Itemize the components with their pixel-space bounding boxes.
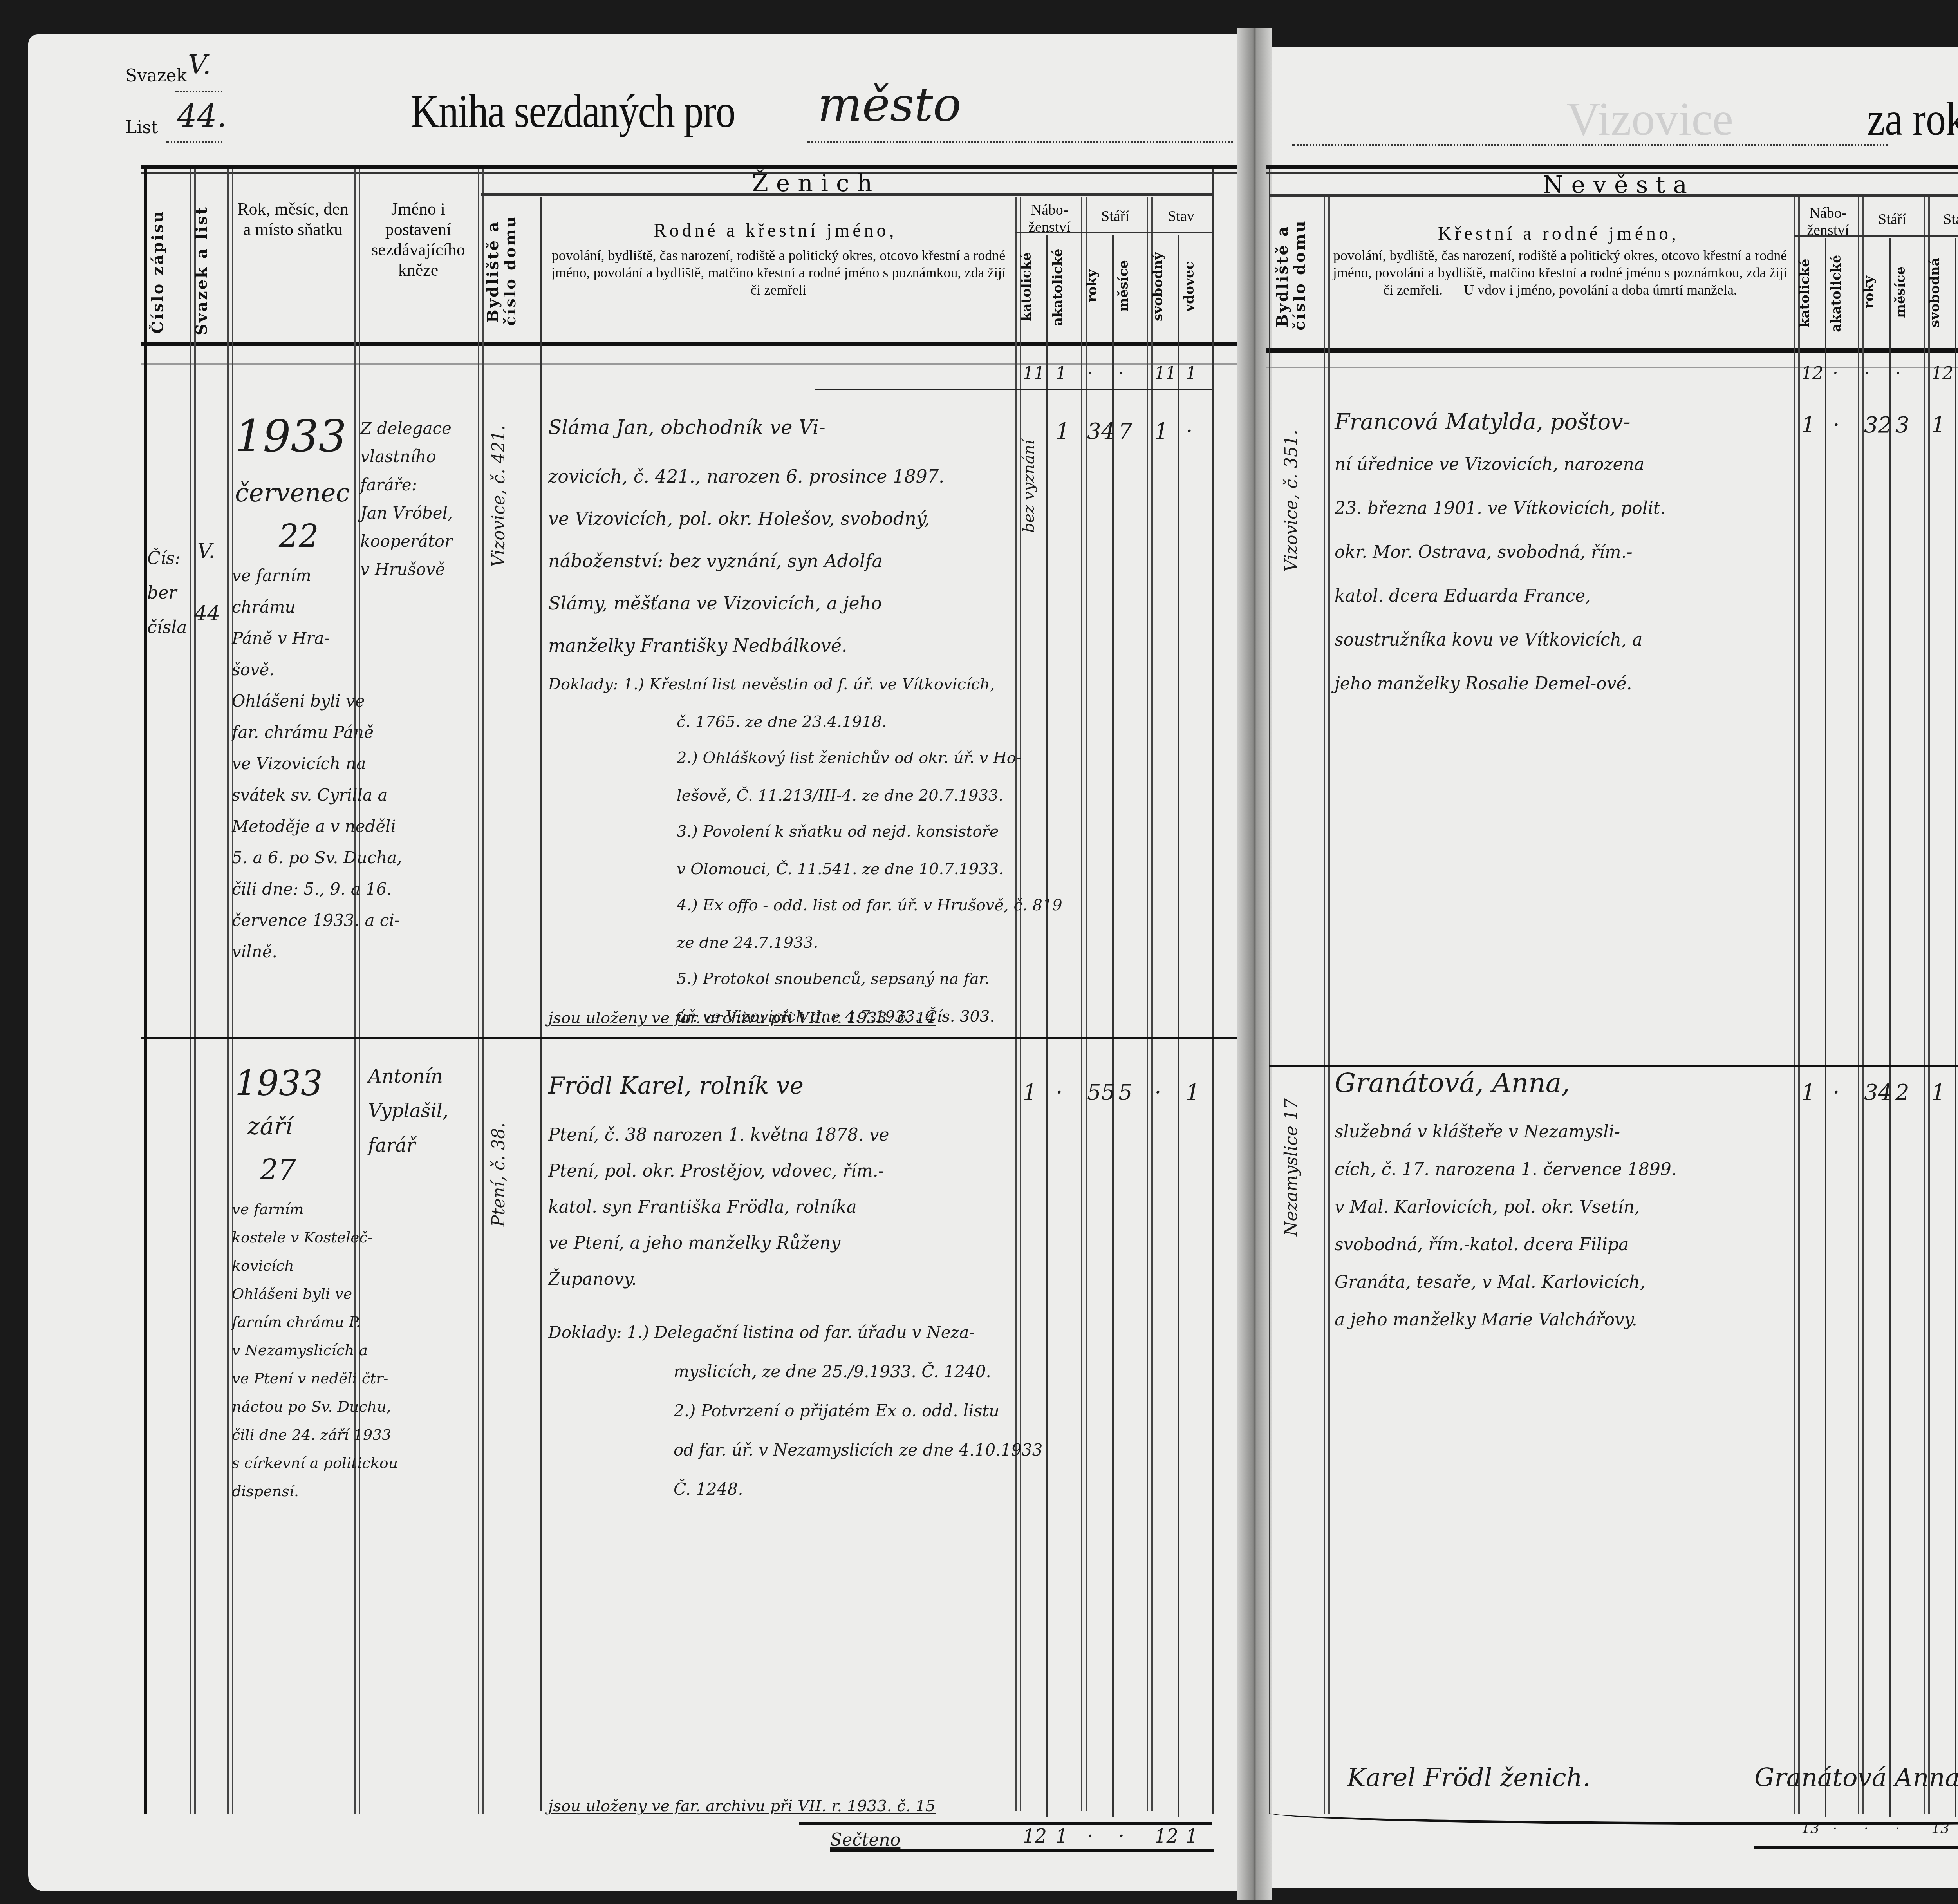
entry2-bride-katolicke: 1 [1801, 1081, 1815, 1106]
entry1-groom-residence: Vizovice, č. 421. [489, 410, 509, 583]
svazek-value: V. [188, 50, 211, 81]
entry1-bride-line: okr. Mor. Ostrava, svobodná, řím.- [1335, 542, 1633, 562]
entry1-doklady-line: v Olomouci, Č. 11.541. ze dne 10.7.1933. [677, 861, 1004, 878]
entry2-priest: Vyplašil, [368, 1100, 448, 1122]
col-rok-mesic: Rok, měsíc, den a místo sňatku [235, 201, 351, 241]
entry2-groom-line: ve Ptení, a jeho manželky Růženy [548, 1233, 840, 1253]
bride-carry-svobodna: 12 [1931, 363, 1953, 384]
entry1-place-line: července 1933. a ci- [232, 912, 400, 931]
entry2-place-line: farním chrámu P. [232, 1315, 361, 1332]
col-groom-katolicke: katolické [1020, 238, 1045, 335]
entry2-groom-residence: Ptení, č. 38. [489, 1081, 509, 1269]
col-svazek-list: Svazek a list [194, 204, 226, 338]
entry1-bride-line: 23. března 1901. ve Vítkovicích, polit. [1335, 498, 1666, 519]
entry2-groom-mesice: 5 [1118, 1081, 1133, 1106]
entry1-place-line: ve Vizovicích na [232, 755, 366, 774]
groom-carry-vdovec: 1 [1186, 363, 1197, 384]
entry2-year: 1933 [235, 1065, 323, 1105]
bride-carry-katolicke: 12 [1801, 363, 1823, 384]
entry1-month: červenec [235, 478, 350, 508]
totals-groom-katolicke: 12 [1023, 1825, 1047, 1847]
groom-carry-roky: · [1087, 363, 1093, 384]
entry1-bride-line: Francová Matylda, poštov- [1335, 410, 1631, 436]
entry2-place-line: náctou po Sv. Duchu, [232, 1399, 391, 1416]
entry2-groom-svobodny: · [1154, 1081, 1161, 1106]
entry1-place-line: vilně. [232, 943, 277, 962]
entry1-place-line: 5. a 6. po Sv. Ducha, [232, 849, 402, 868]
col-groom-stav: Stav [1150, 210, 1212, 227]
entry1-doklady-line: ze dne 24.7.1933. [677, 935, 818, 952]
entry2-place-line: s církevní a politickou [232, 1456, 398, 1473]
groom-carry-svobodny: 11 [1154, 363, 1176, 384]
totals-groom-roky: · [1087, 1825, 1093, 1847]
entry1-groom-line: zovicích, č. 421., narozen 6. prosince 1… [548, 465, 945, 487]
entry2-priest: Antonín [368, 1065, 443, 1087]
entry1-place-line: čili dne: 5., 9. a 16. [232, 881, 392, 899]
entry1-bride-line: soustružníka kovu ve Vítkovicích, a [1335, 630, 1642, 650]
entry1-groom-line: Sláma Jan, obchodník ve Vi- [548, 415, 825, 439]
entry1-note: ber [147, 583, 177, 603]
entry2-place-line: čili dne 24. září 1933 [232, 1427, 392, 1445]
section-nevesta: Nevěsta [1543, 171, 1695, 199]
entry2-place-line: kostele v Kosteleč- [232, 1230, 373, 1247]
entry2-bride-line: Granátová, Anna, [1335, 1069, 1570, 1100]
entry2-doklady-line: Doklady: 1.) Delegační listina od far. ú… [548, 1324, 975, 1343]
bride-carry-mesice: · [1895, 363, 1901, 384]
totals-groom-svobodny: 12 [1154, 1825, 1178, 1847]
entry1-doklady-line: 3.) Povolení k sňatku od nejd. konsistoř… [677, 824, 999, 841]
col-groom-akatolicke: akatolické [1051, 238, 1076, 335]
entry1-doklady-line: 5.) Protokol snoubenců, sepsaný na far. [677, 971, 990, 989]
col-groom-bydliste: Bydliště a číslo domu [486, 204, 536, 338]
entry2-groom-line: Županovy. [548, 1269, 637, 1289]
entry2-bride-line: v Mal. Karlovicích, pol. okr. Vsetín, [1335, 1197, 1640, 1217]
entry2-groom-line: Ptení, pol. okr. Prostějov, vdovec, řím.… [548, 1161, 884, 1181]
col-bride-nabozenstvi: Nábo-ženství [1797, 207, 1859, 241]
entry2-groom-line: katol. syn Františka Frödla, rolníka [548, 1197, 857, 1217]
entry2-priest: farář [368, 1134, 415, 1156]
col-groom-roky: roky [1086, 238, 1111, 335]
entry1-list: 44 [194, 603, 220, 627]
bride-carry-roky: · [1864, 363, 1869, 384]
col-bride-stari: Stáří [1861, 213, 1924, 230]
entry1-priest: kooperátor [360, 533, 452, 551]
entry2-bride-svobodna: 1 [1931, 1081, 1945, 1106]
entry1-groom-line: ve Vizovicích, pol. okr. Holešov, svobod… [548, 508, 930, 530]
col-jmeno-knez: Jméno i postavení sezdávajícího kněze [360, 201, 476, 282]
entry1-day: 22 [279, 517, 319, 555]
entry1-groom-religion-note: bez vyznání [1021, 420, 1039, 553]
entry2-bride-line: a jeho manželky Marie Valchářovy. [1335, 1310, 1637, 1330]
entry2-place-line: Ohlášeni byli ve [232, 1286, 352, 1304]
entry1-bride-akatolicke: · [1833, 414, 1840, 439]
entry2-groom-akatolicke: · [1056, 1081, 1063, 1106]
totals-groom-akatolicke: 1 [1056, 1825, 1068, 1847]
entry2-doklady-line: od far. úř. v Nezamyslicích ze dne 4.10.… [674, 1441, 1042, 1460]
totals-groom-mesice: · [1118, 1825, 1124, 1847]
entry1-doklady-line: Doklady: 1.) Křestní list nevěstin od f.… [548, 677, 995, 694]
entry1-note: Čís: [147, 548, 181, 569]
col-cislo-zapisu: Číslo zápisu [150, 204, 185, 338]
bride-signature: Granátová Anna nevěsta [1754, 1763, 1958, 1792]
entry1-priest: vlastního [360, 448, 436, 467]
entry1-place-line: svátek sv. Cyrilla a [232, 787, 388, 805]
entry1-bride-svobodna: 1 [1931, 414, 1945, 439]
entry1-bride-line: ní úřednice ve Vizovicích, narozena [1335, 454, 1644, 475]
svazek-label: Svazek [125, 66, 187, 86]
col-bride-name-title: Křestní a rodné jméno, [1378, 222, 1739, 246]
entry2-doklady-line: Č. 1248. [674, 1481, 743, 1499]
entry1-svazek: V. [197, 541, 215, 564]
entry1-groom-archive: jsou uloženy ve far. archivu při VII. r.… [548, 1011, 936, 1028]
groom-carry-akatolicke: 1 [1056, 363, 1067, 384]
entry2-bride-line: cích, č. 17. narozena 1. července 1899. [1335, 1159, 1677, 1180]
entry2-day: 27 [260, 1155, 296, 1188]
col-bride-mesice: měsíce [1894, 244, 1919, 342]
col-groom-mesice: měsíce [1117, 238, 1142, 335]
entry1-bride-mesice: 3 [1895, 414, 1909, 439]
col-groom-vdovec: vdovec [1183, 238, 1208, 335]
entry2-place-line: kovicích [232, 1258, 294, 1275]
groom-carry-mesice: · [1118, 363, 1124, 384]
entry2-groom-line: Ptení, č. 38 narozen 1. května 1878. ve [548, 1125, 889, 1145]
col-bride-bydliste: Bydliště a číslo domu [1275, 207, 1322, 345]
entry1-bride-line: jeho manželky Rosalie Demel-ové. [1335, 674, 1632, 694]
col-bride-akatolicke: akatolické [1830, 244, 1855, 342]
entry1-doklady-line: 4.) Ex offo - odd. list od far. úř. v Hr… [677, 898, 1062, 915]
entry2-place-line: v Nezamyslicích a [232, 1343, 368, 1360]
entry1-year: 1933 [235, 410, 347, 462]
entry1-priest: Z delegace [360, 420, 452, 439]
entry1-groom-line: náboženství: bez vyznání, syn Adolfa [548, 550, 883, 572]
register-locality: město [818, 78, 961, 133]
entry2-bride-line: služebná v klášteře v Nezamysli- [1335, 1122, 1620, 1142]
entry1-note: čísla [147, 617, 187, 638]
entry1-priest: Jan Vróbel, [360, 504, 453, 523]
col-bride-stav: Stav [1927, 213, 1958, 230]
entry2-groom-katolicke: 1 [1023, 1081, 1037, 1106]
entry1-place-line: Páně v Hra- [232, 630, 330, 649]
entry2-bride-mesice: 2 [1895, 1081, 1909, 1106]
entry1-groom-mesice: 7 [1118, 420, 1133, 445]
entry1-place-line: far. chrámu Páně [232, 724, 374, 743]
groom-carry-katolicke: 11 [1023, 363, 1045, 384]
entry2-place-line: ve Ptení v neděli čtr- [232, 1371, 388, 1388]
col-groom-name-title: Rodné a křestní jméno, [595, 219, 956, 243]
totals-label: Sečteno [830, 1830, 900, 1850]
entry2-month: září [247, 1112, 293, 1141]
entry1-place-line: chrámu [232, 599, 296, 617]
entry1-place-line: Ohlášeni byli ve [232, 693, 365, 711]
entry1-place-line: Metoděje a v neděli [232, 818, 396, 837]
col-bride-svobodna: svobodná [1928, 244, 1953, 342]
entry1-priest: faráře: [360, 476, 417, 495]
entry1-groom-line: Slámy, měšťana ve Vizovicích, a jeho [548, 592, 882, 614]
year-label: za rok 19 [1867, 94, 1958, 147]
entry2-groom-archive: jsou uloženy ve far. archivu při VII. r.… [548, 1799, 936, 1816]
entry1-bride-residence: Vizovice, č. 351. [1281, 407, 1302, 595]
entry1-bride-line: katol. dcera Eduarda France, [1335, 586, 1591, 606]
entry1-doklady-line: 2.) Ohláškový list ženichův od okr. úř. … [677, 750, 1022, 768]
col-groom-stari: Stáří [1084, 210, 1147, 227]
entry1-place-line: ve farním [232, 567, 311, 586]
col-bride-katolicke: katolické [1798, 244, 1823, 342]
entry1-groom-svobodny: 1 [1154, 420, 1169, 445]
entry2-groom-vdovec: 1 [1186, 1081, 1200, 1106]
entry2-place-line: ve farním [232, 1202, 304, 1219]
entry2-bride-line: svobodná, řím.-katol. dcera Filipa [1335, 1235, 1629, 1255]
entry1-groom-roky: 34 [1087, 420, 1115, 445]
entry2-doklady-line: 2.) Potvrzení o přijatém Ex o. odd. list… [674, 1402, 999, 1421]
scan-stage: Svazek V. List 44. Kniha sezdaných pro m… [0, 0, 1958, 1904]
col-groom-nabozenstvi: Nábo-ženství [1018, 204, 1081, 238]
faded-locality-stamp: Vizovice [1566, 94, 1733, 147]
entry2-bride-roky: 34 [1864, 1081, 1892, 1106]
entry1-priest: v Hrušově [360, 561, 445, 580]
entry1-bride-katolicke: 1 [1801, 414, 1815, 439]
col-groom-name-desc: povolání, bydliště, čas narození, rodišt… [548, 248, 1009, 299]
totals-groom-vdovec: 1 [1186, 1825, 1198, 1847]
register-title: Kniha sezdaných pro [410, 86, 735, 139]
groom-signature: Karel Frödl ženich. [1347, 1763, 1590, 1792]
entry1-doklady-line: č. 1765. ze dne 23.4.1918. [677, 714, 887, 731]
bride-carry-akatolicke: · [1833, 363, 1838, 384]
entry2-bride-line: Granáta, tesaře, v Mal. Karlovicích, [1335, 1272, 1646, 1293]
col-bride-roky: roky [1862, 244, 1888, 342]
list-value: 44. [177, 97, 227, 135]
col-groom-svobodny: svobodný [1151, 238, 1176, 335]
book-gutter [1237, 28, 1272, 1900]
entry2-bride-residence: Nezamyslice 17 [1281, 1081, 1302, 1253]
entry2-doklady-line: myslicích, ze dne 25./9.1933. Č. 1240. [674, 1363, 991, 1382]
col-bride-name-desc: povolání, bydliště, čas narození, rodišt… [1331, 248, 1789, 299]
entry2-bride-akatolicke: · [1833, 1081, 1840, 1106]
entry1-place-line: šově. [232, 661, 275, 680]
entry2-place-line: dispensí. [232, 1484, 299, 1501]
entry2-groom-line: Frödl Karel, rolník ve [548, 1072, 804, 1100]
entry1-doklady-line: lešově, Č. 11.213/III-4. ze dne 20.7.193… [677, 787, 1003, 805]
list-label: List [125, 118, 158, 138]
section-zenich: Ženich [752, 169, 880, 197]
entry2-groom-roky: 55 [1087, 1081, 1115, 1106]
entry1-groom-line: manželky Františky Nedbálkové. [548, 635, 847, 656]
entry1-groom-vdovec: · [1186, 420, 1193, 445]
entry1-bride-roky: 32 [1864, 414, 1892, 439]
entry1-groom-akatolicke: 1 [1056, 420, 1070, 445]
